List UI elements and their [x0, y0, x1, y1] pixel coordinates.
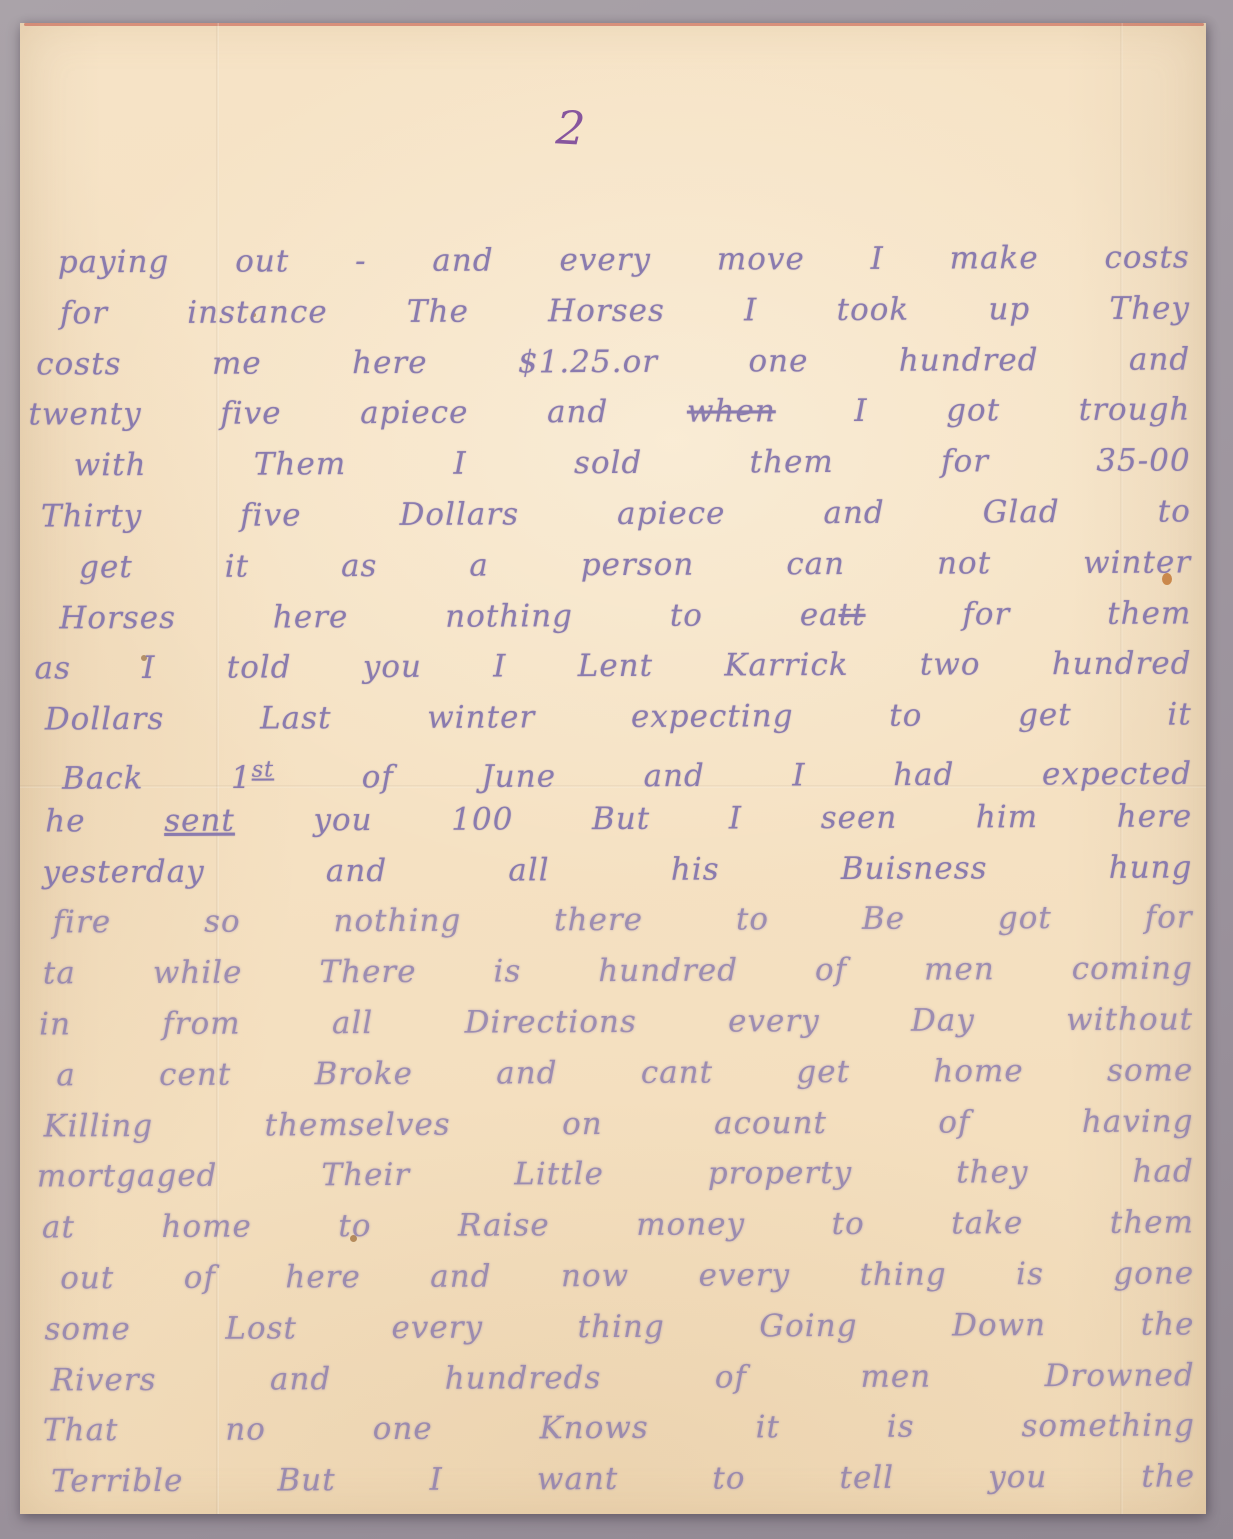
handwritten-line: yesterday and all his Buisness hung [42, 845, 1192, 894]
handwritten-line: Back 1st of June and I had expected [62, 743, 1192, 800]
handwritten-line: he sent you 100 But I seen him here [45, 794, 1192, 843]
handwritten-line: a cent Broke and cant get home some [56, 1048, 1193, 1097]
handwritten-line: for instance The Horses I took up They [60, 286, 1190, 335]
handwritten-line: twenty five apiece and when I got trough [28, 388, 1190, 437]
handwritten-line: costs me here $1.25.or one hundred and [36, 337, 1190, 386]
handwritten-line: Terrible But I want to tell you the [51, 1455, 1195, 1504]
handwritten-line: Thirty five Dollars apiece and Glad to [41, 489, 1191, 538]
handwriting-block: paying out - and every move I make costs… [17, 20, 1209, 1516]
handwritten-line: get it as a person can not winter [79, 540, 1191, 589]
handwritten-line: ta while There is hundred of men coming [43, 947, 1193, 996]
handwritten-line: paying out - and every move I make costs [58, 235, 1190, 284]
photo-background: 2 paying out - and every move I make cos… [0, 0, 1233, 1539]
handwritten-line: Killing themselves on acount of having [43, 1099, 1193, 1148]
handwritten-line: with Them I sold them for 35-00 [74, 439, 1191, 488]
handwritten-line: in from all Directions every Day without [39, 997, 1193, 1046]
letter-page: 2 paying out - and every move I make cos… [20, 23, 1206, 1514]
handwritten-line: Rivers and hundreds of men Drowned [51, 1353, 1195, 1402]
handwritten-line: That no one Knows it is something [43, 1404, 1195, 1453]
handwritten-line: fire so nothing there to Be got for [53, 896, 1193, 945]
handwritten-line: out of here and now every thing is gone [60, 1251, 1194, 1300]
handwritten-line: Dollars Last winter expecting to get it [45, 693, 1192, 742]
handwritten-line: as I told you I Lent Karrick two hundred [34, 642, 1191, 691]
handwritten-line: Horses here nothing to eatt for them [59, 591, 1191, 640]
handwritten-line: some Lost every thing Going Down the [44, 1302, 1194, 1351]
handwritten-line: at home to Raise money to take them [42, 1201, 1194, 1250]
handwritten-line: mortgaged Their Little property they had [37, 1150, 1194, 1199]
